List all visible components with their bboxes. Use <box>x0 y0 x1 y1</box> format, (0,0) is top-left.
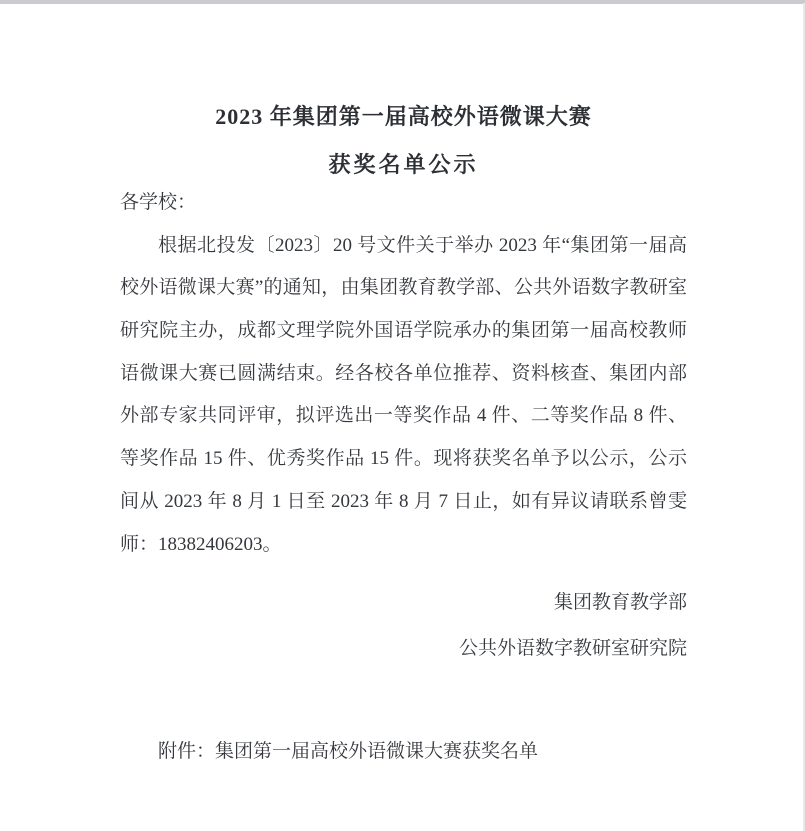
body-line: 外部专家共同评审，拟评选出一等奖作品 4 件、二等奖作品 8 件、三 <box>120 395 687 438</box>
document-body: 2023 年集团第一届高校外语微课大赛 获奖名单公示 各学校： 根据北投发〔20… <box>0 0 805 773</box>
document-title-line1: 2023 年集团第一届高校外语微课大赛 <box>120 102 687 132</box>
salutation: 各学校： <box>120 182 687 225</box>
signature-office: 公共外语数字教研室研究院 <box>120 626 687 672</box>
body-line: 语微课大赛已圆满结束。经各校各单位推荐、资料核查、集团内部与 <box>120 353 687 396</box>
document-title-line2: 获奖名单公示 <box>120 150 687 180</box>
document-page: 2023 年集团第一届高校外语微课大赛 获奖名单公示 各学校： 根据北投发〔20… <box>0 0 805 831</box>
attachment-note: 附件：集团第一届高校外语微课大赛获奖名单 <box>120 730 687 773</box>
body-line: 根据北投发〔2023〕20 号文件关于举办 2023 年“集团第一届高 <box>120 225 687 268</box>
letter-body: 各学校： 根据北投发〔2023〕20 号文件关于举办 2023 年“集团第一届高… <box>120 182 687 566</box>
body-line: 间从 2023 年 8 月 1 日至 2023 年 8 月 7 日止，如有异议请… <box>120 481 687 524</box>
body-line: 校外语微课大赛”的通知，由集团教育教学部、公共外语数字教研室 <box>120 267 687 310</box>
signature-block: 集团教育教学部 公共外语数字教研室研究院 <box>120 580 687 672</box>
body-line: 师：18382406203。 <box>120 524 687 567</box>
signature-department: 集团教育教学部 <box>120 580 687 626</box>
body-line: 等奖作品 15 件、优秀奖作品 15 件。现将获奖名单予以公示，公示时 <box>120 438 687 481</box>
body-line: 研究院主办，成都文理学院外国语学院承办的集团第一届高校教师外 <box>120 310 687 353</box>
